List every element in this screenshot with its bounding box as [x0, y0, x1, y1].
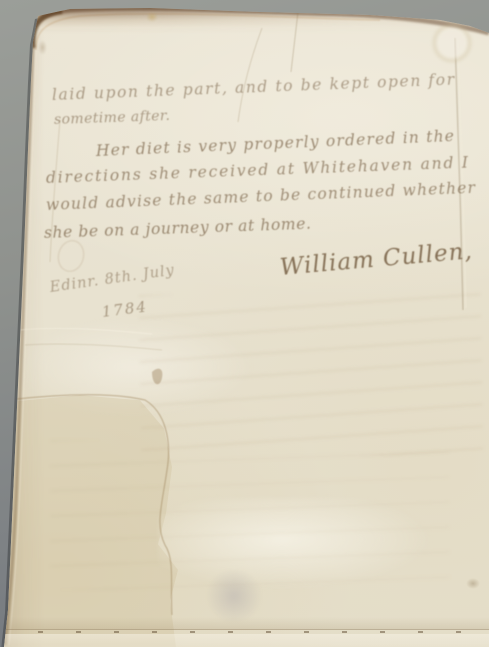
- manuscript-line: sometime after.: [54, 109, 171, 127]
- manuscript-page: laid upon the part, and to be kept open …: [0, 0, 489, 647]
- gray-smudge: [204, 570, 264, 622]
- page-left-worn-edge: [0, 0, 44, 647]
- seam-shadow: [0, 617, 489, 629]
- corner-mark: [38, 40, 47, 55]
- small-stain: [146, 12, 158, 22]
- page-top-worn-edge: [0, 0, 489, 34]
- next-page-edge: [0, 634, 489, 647]
- round-stain: [430, 22, 474, 64]
- ink-speck: [466, 578, 480, 589]
- photo-background: laid upon the part, and to be kept open …: [0, 0, 489, 647]
